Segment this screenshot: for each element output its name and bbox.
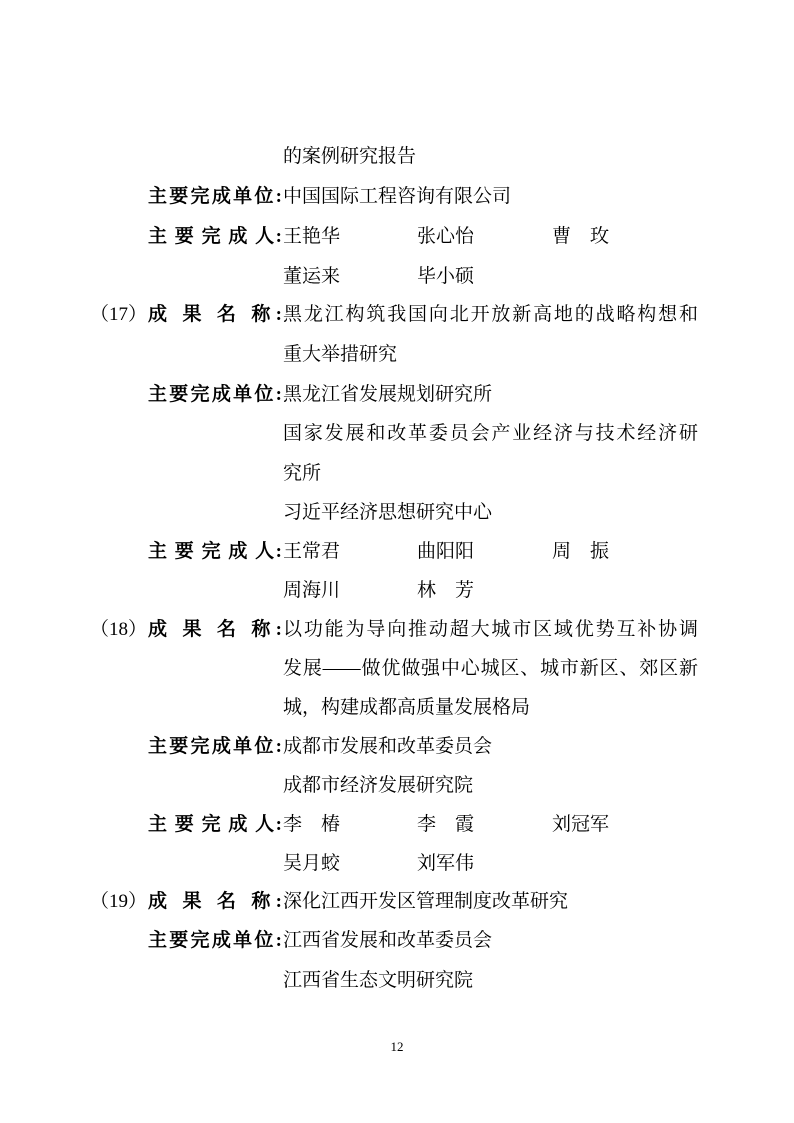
entry-17-unit-line-2: 国家发展和改革委员会产业经济与技术经济研 (0, 421, 794, 447)
entry-18-name-line-2: 发展——做优做强中心城区、城市新区、郊区新 (0, 656, 794, 682)
entry-17-name-line-2: 重大举措研究 (0, 342, 794, 368)
entry-19-unit-line-1: 主要完成单位: 江西省发展和改革委员会 (0, 928, 794, 954)
unit-name: 黑龙江省发展规划研究所 (283, 382, 492, 408)
page-number-text: 12 (391, 1039, 404, 1054)
page-number: 12 (0, 1038, 794, 1056)
result-name-text: 黑龙江构筑我国向北开放新高地的战略构想和 (283, 302, 698, 328)
entry-19-unit-line-2: 江西省生态文明研究院 (0, 968, 794, 994)
entry-number: （19） (90, 889, 147, 915)
main-people-label: 主 要 完 成 人: (148, 224, 282, 250)
person-name: 曹 玫 (552, 224, 609, 250)
person-name: 刘冠军 (552, 812, 609, 838)
person-name: 王常君 (283, 539, 340, 565)
unit-name: 习近平经济思想研究中心 (283, 500, 492, 526)
document-page: 的案例研究报告 主要完成单位: 中国国际工程咨询有限公司 主 要 完 成 人: … (0, 0, 794, 1123)
entry-18-unit-line-1: 主要完成单位: 成都市发展和改革委员会 (0, 734, 794, 760)
entry-19-name-line-1: （19） 成 果 名 称: 深化江西开发区管理制度改革研究 (0, 889, 794, 915)
person-name: 李 霞 (417, 812, 474, 838)
result-name-text: 以功能为导向推动超大城市区域优势互补协调 (283, 617, 698, 643)
prev-entry-people-line-1: 主 要 完 成 人: 王艳华 张心怡 曹 玫 (0, 224, 794, 250)
person-name: 张心怡 (417, 224, 474, 250)
entry-18-name-line-1: （18） 成 果 名 称: 以功能为导向推动超大城市区域优势互补协调 (0, 617, 794, 643)
unit-name: 中国国际工程咨询有限公司 (283, 184, 511, 210)
entry-17-unit-line-3: 究所 (0, 461, 794, 487)
unit-name: 江西省发展和改革委员会 (283, 928, 492, 954)
prev-entry-name-tail-line: 的案例研究报告 (0, 144, 794, 170)
entry-18-people-line-1: 主 要 完 成 人: 李 椿 李 霞 刘冠军 (0, 812, 794, 838)
entry-17-people-line-1: 主 要 完 成 人: 王常君 曲阳阳 周 振 (0, 539, 794, 565)
result-name-text: 的案例研究报告 (283, 144, 416, 170)
entry-18-name-line-3: 城，构建成都高质量发展格局 (0, 695, 794, 721)
unit-name: 国家发展和改革委员会产业经济与技术经济研 (283, 421, 698, 447)
entry-number: （17） (90, 302, 147, 328)
result-name-label: 成 果 名 称: (148, 889, 282, 915)
unit-name: 江西省生态文明研究院 (283, 968, 473, 994)
person-name: 毕小硕 (417, 264, 474, 290)
person-name: 王艳华 (283, 224, 340, 250)
entry-18-unit-line-2: 成都市经济发展研究院 (0, 773, 794, 799)
result-name-text: 城，构建成都高质量发展格局 (283, 695, 530, 721)
entry-17-unit-line-4: 习近平经济思想研究中心 (0, 500, 794, 526)
main-unit-label: 主要完成单位: (148, 184, 282, 210)
person-name: 周 振 (552, 539, 609, 565)
main-people-label: 主 要 完 成 人: (148, 812, 282, 838)
person-name: 吴月蛟 (283, 851, 340, 877)
main-unit-label: 主要完成单位: (148, 734, 282, 760)
result-name-text: 重大举措研究 (283, 342, 397, 368)
result-name-label: 成 果 名 称: (148, 617, 282, 643)
person-name: 刘军伟 (417, 851, 474, 877)
unit-name: 究所 (283, 461, 321, 487)
entry-18-people-line-2: 吴月蛟 刘军伟 (0, 851, 794, 877)
person-name: 周海川 (283, 578, 340, 604)
result-name-text: 发展——做优做强中心城区、城市新区、郊区新 (283, 656, 698, 682)
person-name: 曲阳阳 (417, 539, 474, 565)
prev-entry-people-line-2: 董运来 毕小硕 (0, 264, 794, 290)
person-name: 李 椿 (283, 812, 340, 838)
main-unit-label: 主要完成单位: (148, 382, 282, 408)
entry-number: （18） (90, 617, 147, 643)
main-unit-label: 主要完成单位: (148, 928, 282, 954)
person-name: 林 芳 (417, 578, 474, 604)
person-name: 董运来 (283, 264, 340, 290)
unit-name: 成都市经济发展研究院 (283, 773, 473, 799)
entry-17-unit-line-1: 主要完成单位: 黑龙江省发展规划研究所 (0, 382, 794, 408)
prev-entry-unit-line: 主要完成单位: 中国国际工程咨询有限公司 (0, 184, 794, 210)
unit-name: 成都市发展和改革委员会 (283, 734, 492, 760)
entry-17-people-line-2: 周海川 林 芳 (0, 578, 794, 604)
result-name-label: 成 果 名 称: (148, 302, 282, 328)
main-people-label: 主 要 完 成 人: (148, 539, 282, 565)
entry-17-name-line-1: （17） 成 果 名 称: 黑龙江构筑我国向北开放新高地的战略构想和 (0, 302, 794, 328)
result-name-text: 深化江西开发区管理制度改革研究 (283, 889, 568, 915)
